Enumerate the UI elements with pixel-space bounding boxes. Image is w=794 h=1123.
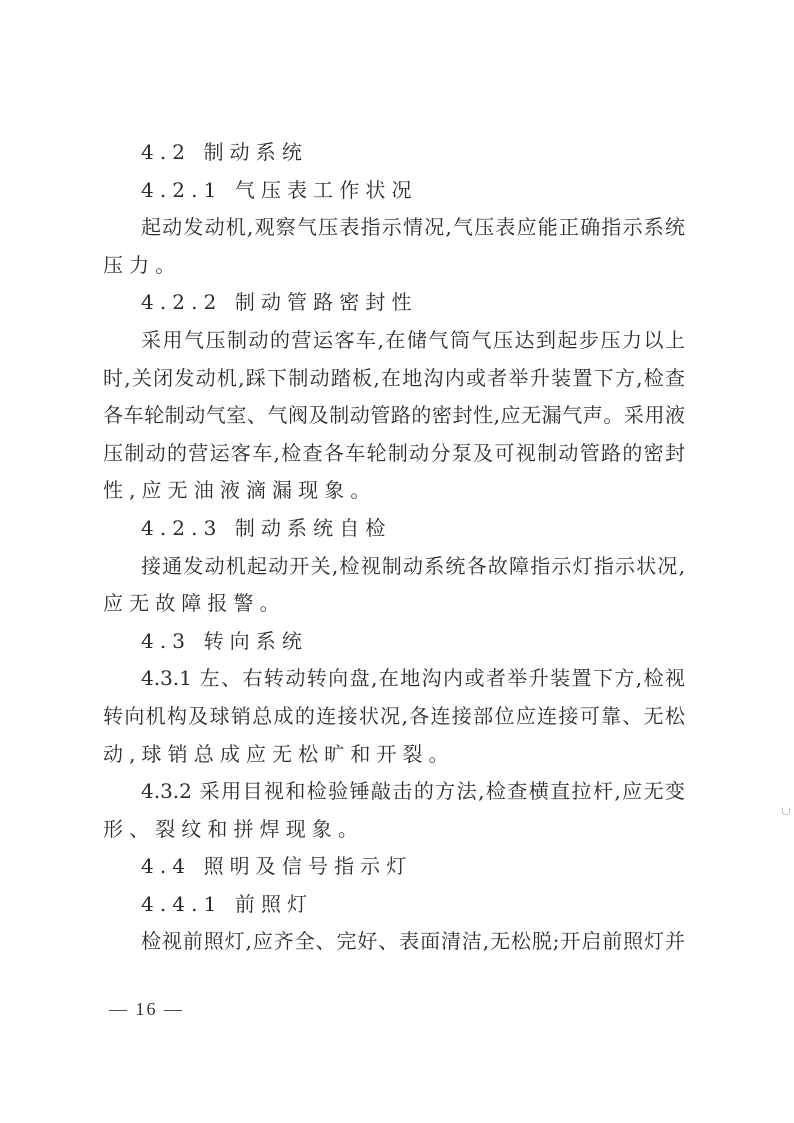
- text-line: 4.4 照明及信号指示灯: [103, 848, 685, 886]
- text-line: 转向机构及球销总成的连接状况,各连接部位应连接可靠、无松: [103, 698, 685, 736]
- text-line: 形、裂纹和拼焊现象。: [103, 811, 685, 849]
- text-line: 4.3 转向系统: [103, 623, 685, 661]
- text-line: 压力。: [103, 247, 685, 285]
- document-body: 4.2 制动系统4.2.1 气压表工作状况起动发动机,观察气压表指示情况,气压表…: [103, 134, 685, 961]
- scan-artifact: [782, 808, 790, 815]
- text-line: 起动发动机,观察气压表指示情况,气压表应能正确指示系统: [103, 209, 685, 247]
- text-line: 4.4.1 前照灯: [103, 886, 685, 924]
- text-line: 4.2.3 制动系统自检: [103, 510, 685, 548]
- text-line: 检视前照灯,应齐全、完好、表面清洁,无松脱;开启前照灯并: [103, 923, 685, 961]
- page-number: — 16 —: [109, 999, 184, 1020]
- text-line: 4.2.2 制动管路密封性: [103, 284, 685, 322]
- text-line: 采用气压制动的营运客车,在储气筒气压达到起步压力以上: [103, 322, 685, 360]
- text-line: 4.2.1 气压表工作状况: [103, 172, 685, 210]
- text-line: 4.3.2 采用目视和检验锤敲击的方法,检查横直拉杆,应无变: [103, 773, 685, 811]
- text-line: 时,关闭发动机,踩下制动踏板,在地沟内或者举升装置下方,检查: [103, 360, 685, 398]
- text-line: 各车轮制动气室、气阀及制动管路的密封性,应无漏气声。采用液: [103, 397, 685, 435]
- text-line: 动,球销总成应无松旷和开裂。: [103, 736, 685, 774]
- text-line: 压制动的营运客车,检查各车轮制动分泵及可视制动管路的密封: [103, 435, 685, 473]
- text-line: 性,应无油液滴漏现象。: [103, 472, 685, 510]
- text-line: 接通发动机起动开关,检视制动系统各故障指示灯指示状况,: [103, 548, 685, 586]
- text-line: 4.3.1 左、右转动转向盘,在地沟内或者举升装置下方,检视: [103, 660, 685, 698]
- text-line: 4.2 制动系统: [103, 134, 685, 172]
- text-line: 应无故障报警。: [103, 585, 685, 623]
